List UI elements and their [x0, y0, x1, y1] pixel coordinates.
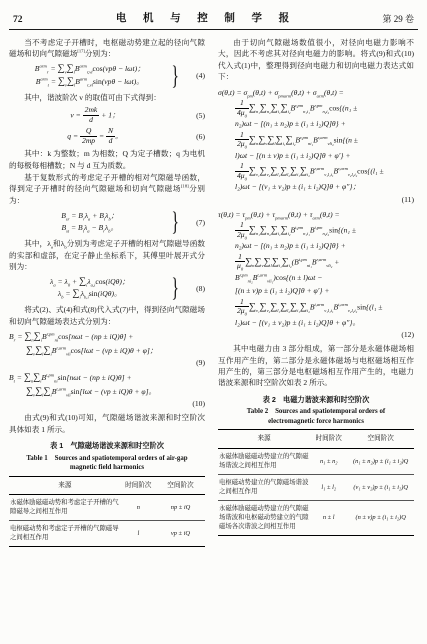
equation-line: Barmt = ∑v∑lBarmt,vlsin(vpθ − lωt)。	[9, 76, 171, 89]
equation-line: Barmr = ∑v∑lBarmr,vlcos(vpθ − lωt)；	[9, 63, 171, 76]
equation-line: Br = ∑n∑iBr,pmnicos[nωt − (np ± iQ)θ] +	[9, 330, 205, 344]
volume-number: 第 29 卷	[382, 12, 414, 25]
cell-time-order: n ± l	[310, 500, 347, 535]
paragraph: 其中电磁力由 3 部分组成，第一部分是永磁体磁场相互作用产生的，第二部分是永磁体…	[218, 343, 414, 389]
header-source: 来源	[218, 430, 310, 448]
table-row: 电枢磁动势和考虑定子开槽的气隙磁导之间相互作用 l vp ± iQ	[9, 520, 205, 546]
two-column-body: 当不考虑定子开槽时，电枢磁动势建立起的径向气隙磁场和切向气隙磁场[17]分别为：…	[9, 30, 418, 547]
paragraph: 其中：k 为整数；m 为相数；Q 为定子槽数；q 为电机的每极每相槽数；N 与 …	[9, 148, 205, 171]
cell-space-order: vp ± iQ	[156, 520, 205, 546]
equation-line: λa = λ0 + ∑iλa,icos(iQθ)；	[9, 276, 171, 289]
equation-line: σ(θ,t) = σpm(θ,t) + σpmarm(θ,t) + σarm(θ…	[218, 86, 414, 100]
equation-number: (4)	[181, 70, 205, 81]
header-space-order: 空间阶次	[347, 430, 414, 448]
table-row: 永磁体励磁磁动势和考虑定子开槽的气隙磁导之间相互作用 n np ± iQ	[9, 494, 205, 520]
equation-line: 1μ0∑n∑v∑l∑i₁∑i₂(Bt,pmni₁Br,armvli₂ +	[218, 253, 414, 271]
cell-time-order: l	[121, 520, 156, 546]
equation-number: (9)	[9, 357, 205, 368]
equation-line: 12μ0∑n∑v∑l∑i₁∑i₂Br,pmni₁Br,armvli₂sin{(n…	[218, 131, 414, 149]
cell-space-order: np ± iQ	[156, 494, 205, 520]
equation-number: (7)	[181, 217, 205, 228]
equation-line: τ(θ,t) = τpm(θ,t) + τpmarm(θ,t) + τarm(θ…	[218, 208, 414, 222]
equation-line: Bt = ∑n∑iBt,pmnisin[nωt − (np ± iQ)θ] +	[9, 371, 205, 385]
cell-time-order: l₁ ± l₂	[310, 474, 347, 500]
cell-source: 永磁体励磁磁动势建立的气隙磁场谐波之间相互作用	[218, 448, 310, 474]
table-row: 永磁体励磁磁动势建立的气隙磁场谐波和电枢磁动势建立的气隙磁场各次谐波之间相互作用…	[218, 500, 414, 535]
table-1-caption-en: Table 1 Sources and spatiotemporal order…	[15, 454, 199, 473]
equation-5: v = 2mkd + 1； (5)	[9, 106, 205, 124]
equation-number: (8)	[181, 283, 205, 294]
journal-title: 电 机 与 控 制 学 报	[109, 10, 296, 25]
equation-line: l)ωt − [(n ± v)p ± (i₁ ± i₂)Q]θ + φ′} +	[218, 149, 414, 163]
equation-line: n₂)ωt − [(n₁ ± n₂)p ± (i₁ ± i₂)Q]θ} +	[218, 117, 414, 131]
cell-time-order: n	[121, 494, 156, 520]
paragraph: 由式(9)和式(10)可知，气隙磁场谐波来源和时空阶次具体如表 1 所示。	[9, 412, 205, 435]
header-space-order: 空间阶次	[156, 476, 205, 494]
equation-line: 14μ0∑v₁∑v₂∑l₁∑l₂∑i₁∑i₂Br,armv₁l₁i₁Br,arm…	[218, 162, 414, 180]
equation-line: l₂)ωt − [(v₁ ± v₂)p ± (i₁ ± i₂)Q]θ + φ″}…	[218, 180, 414, 194]
table-2-caption-en: Table 2 Sources and spatiotemporal order…	[224, 407, 408, 426]
equation-number: (5)	[181, 110, 205, 121]
table-row: 电枢磁动势建立的气隙磁场谐波之间相互作用 l₁ ± l₂ (v₁ ± v₂)p …	[218, 474, 414, 500]
table-2-caption-cn: 表 2 电磁力谐波来源和时空阶次	[218, 394, 414, 405]
equation-11: σ(θ,t) = σpm(θ,t) + σpmarm(θ,t) + σarm(θ…	[218, 86, 414, 205]
table-2: 来源 时间阶次 空间阶次 永磁体励磁磁动势建立的气隙磁场谐波之间相互作用 n₁ …	[218, 429, 414, 535]
paragraph: 其中，谐波阶次 v 的取值可由下式得到：	[9, 92, 205, 103]
cell-space-order: (n ± v)p ± (i₁ ± i₂)Q	[347, 500, 414, 535]
page-header: 72 电 机 与 控 制 学 报 第 29 卷	[9, 8, 418, 30]
equation-line: ∑v∑l∑iBt,armvlisin[lωt − (vp ± iQ)θ + φ]…	[9, 385, 205, 399]
equation-number: (6)	[181, 131, 205, 142]
page-number: 72	[13, 15, 23, 25]
brace-glyph: }	[171, 209, 178, 235]
equation-line: 14μ0∑n₁∑n₂∑i₁∑i₂Br,pmn₁i₁Br,pmn₂i₂cos{(n…	[218, 99, 414, 117]
equation-number: (10)	[9, 398, 205, 409]
equation-8: λa = λ0 + ∑iλa,icos(iQθ)； λb = ∑iλb,isin…	[9, 275, 205, 301]
equation-line: 12μ0∑v₁∑v₂∑l₁∑l₂∑i₁∑i₂Bt,armv₁l₁i₁Bt,arm…	[218, 298, 414, 316]
cell-space-order: (n₁ ± n₂)p ± (i₁ ± i₂)Q	[347, 448, 414, 474]
table-header-row: 来源 时间阶次 空间阶次	[9, 476, 205, 494]
table-1: 来源 时间阶次 空间阶次 永磁体励磁磁动势和考虑定子开槽的气隙磁导之间相互作用 …	[9, 476, 205, 547]
equation-line: n₂)ωt − [(n₁ ± n₂)p ± (i₁ ± i₂)Q]θ} +	[218, 239, 414, 253]
equation-line: Bst = Btλa − Brλb。	[9, 222, 171, 235]
table-1-caption-cn: 表 1 气隙磁场谐波来源和时空阶次	[9, 440, 205, 451]
left-column: 当不考虑定子开槽时，电枢磁动势建立起的径向气隙磁场和切向气隙磁场[17]分别为：…	[9, 37, 205, 547]
paper-page: 72 电 机 与 控 制 学 报 第 29 卷 当不考虑定子开槽时，电枢磁动势建…	[0, 0, 427, 644]
equation-10: Bt = ∑n∑iBt,pmnisin[nωt − (np ± iQ)θ] + …	[9, 371, 205, 409]
right-column: 由于切向气隙磁场数值很小，对径向电磁力影响不大，因此不考虑其对径向电磁力的影响。…	[218, 37, 414, 547]
equation-line: [(n ± v)p ± (i₁ ± i₂)Q]θ + φ′} +	[218, 284, 414, 298]
equation-number: (12)	[218, 329, 414, 340]
cell-source: 永磁体励磁磁动势和考虑定子开槽的气隙磁导之间相互作用	[9, 494, 121, 520]
paragraph: 由于切向气隙磁场数值很小，对径向电磁力影响不大，因此不考虑其对径向电磁力的影响。…	[218, 37, 414, 83]
paragraph: 当不考虑定子开槽时，电枢磁动势建立起的径向气隙磁场和切向气隙磁场[17]分别为：	[9, 37, 205, 60]
header-source: 来源	[9, 476, 121, 494]
equation-9: Br = ∑n∑iBr,pmnicos[nωt − (np ± iQ)θ] + …	[9, 330, 205, 368]
equation-number: (11)	[218, 194, 414, 205]
equation-body: v = 2mkd + 1；	[9, 106, 181, 124]
table-row: 永磁体励磁磁动势建立的气隙磁场谐波之间相互作用 n₁ ± n₂ (n₁ ± n₂…	[218, 448, 414, 474]
brace-glyph: }	[171, 63, 178, 89]
equation-line: λb = ∑iλb,isin(iQθ)。	[9, 288, 171, 301]
table-header-row: 来源 时间阶次 空间阶次	[218, 430, 414, 448]
equation-body: q = Q2mp = Nd。	[9, 127, 181, 145]
paragraph: 基于复数形式的考虑定子开槽的相对气隙磁导函数，得到定子开槽时的径向气隙磁场和切向…	[9, 172, 205, 206]
cell-source: 永磁体励磁磁动势建立的气隙磁场谐波和电枢磁动势建立的气隙磁场各次谐波之间相互作用	[218, 500, 310, 535]
brace-glyph: }	[171, 275, 178, 301]
equation-4: Barmr = ∑v∑lBarmr,vlcos(vpθ − lωt)； Barm…	[9, 63, 205, 89]
equation-12: τ(θ,t) = τpm(θ,t) + τpmarm(θ,t) + τarm(θ…	[218, 208, 414, 341]
paragraph: 其中，λa和λb分别为考虑定子开槽的相对气隙磁导函数的实部和虚部，在定子静止坐标…	[9, 238, 205, 272]
equation-line: l₂)ωt − [(v₁ ± v₂)p ± (i₁ ± i₂)Q]θ + φ″}…	[218, 316, 414, 330]
cell-source: 电枢磁动势和考虑定子开槽的气隙磁导之间相互作用	[9, 520, 121, 546]
equation-line: Bsr = Brλa + Btλb；	[9, 210, 171, 223]
equation-6: q = Q2mp = Nd。 (6)	[9, 127, 205, 145]
cell-space-order: (v₁ ± v₂)p ± (i₁ ± i₂)Q	[347, 474, 414, 500]
paragraph: 将式(2)、式(4)和式(8)代入式(7)中，得到径向气隙磁场和切向气隙磁场表达…	[9, 304, 205, 327]
cell-time-order: n₁ ± n₂	[310, 448, 347, 474]
header-time-order: 时间阶次	[310, 430, 347, 448]
equation-line: 12μ0∑n₁∑n₂∑i₁∑i₂Bt,pmn₁i₁Bt,pmn₂i₂sin{(n…	[218, 221, 414, 239]
equation-7: Bsr = Brλa + Btλb； Bst = Btλa − Brλb。 } …	[9, 209, 205, 235]
equation-line: ∑v∑l∑iBr,armvlicos[lωt − (vp ± iQ)θ + φ]…	[9, 344, 205, 358]
header-time-order: 时间阶次	[121, 476, 156, 494]
cell-source: 电枢磁动势建立的气隙磁场谐波之间相互作用	[218, 474, 310, 500]
equation-line: Br,pmni₂Bt,armvli₁)cos{(n ± l)ωt −	[218, 271, 414, 285]
